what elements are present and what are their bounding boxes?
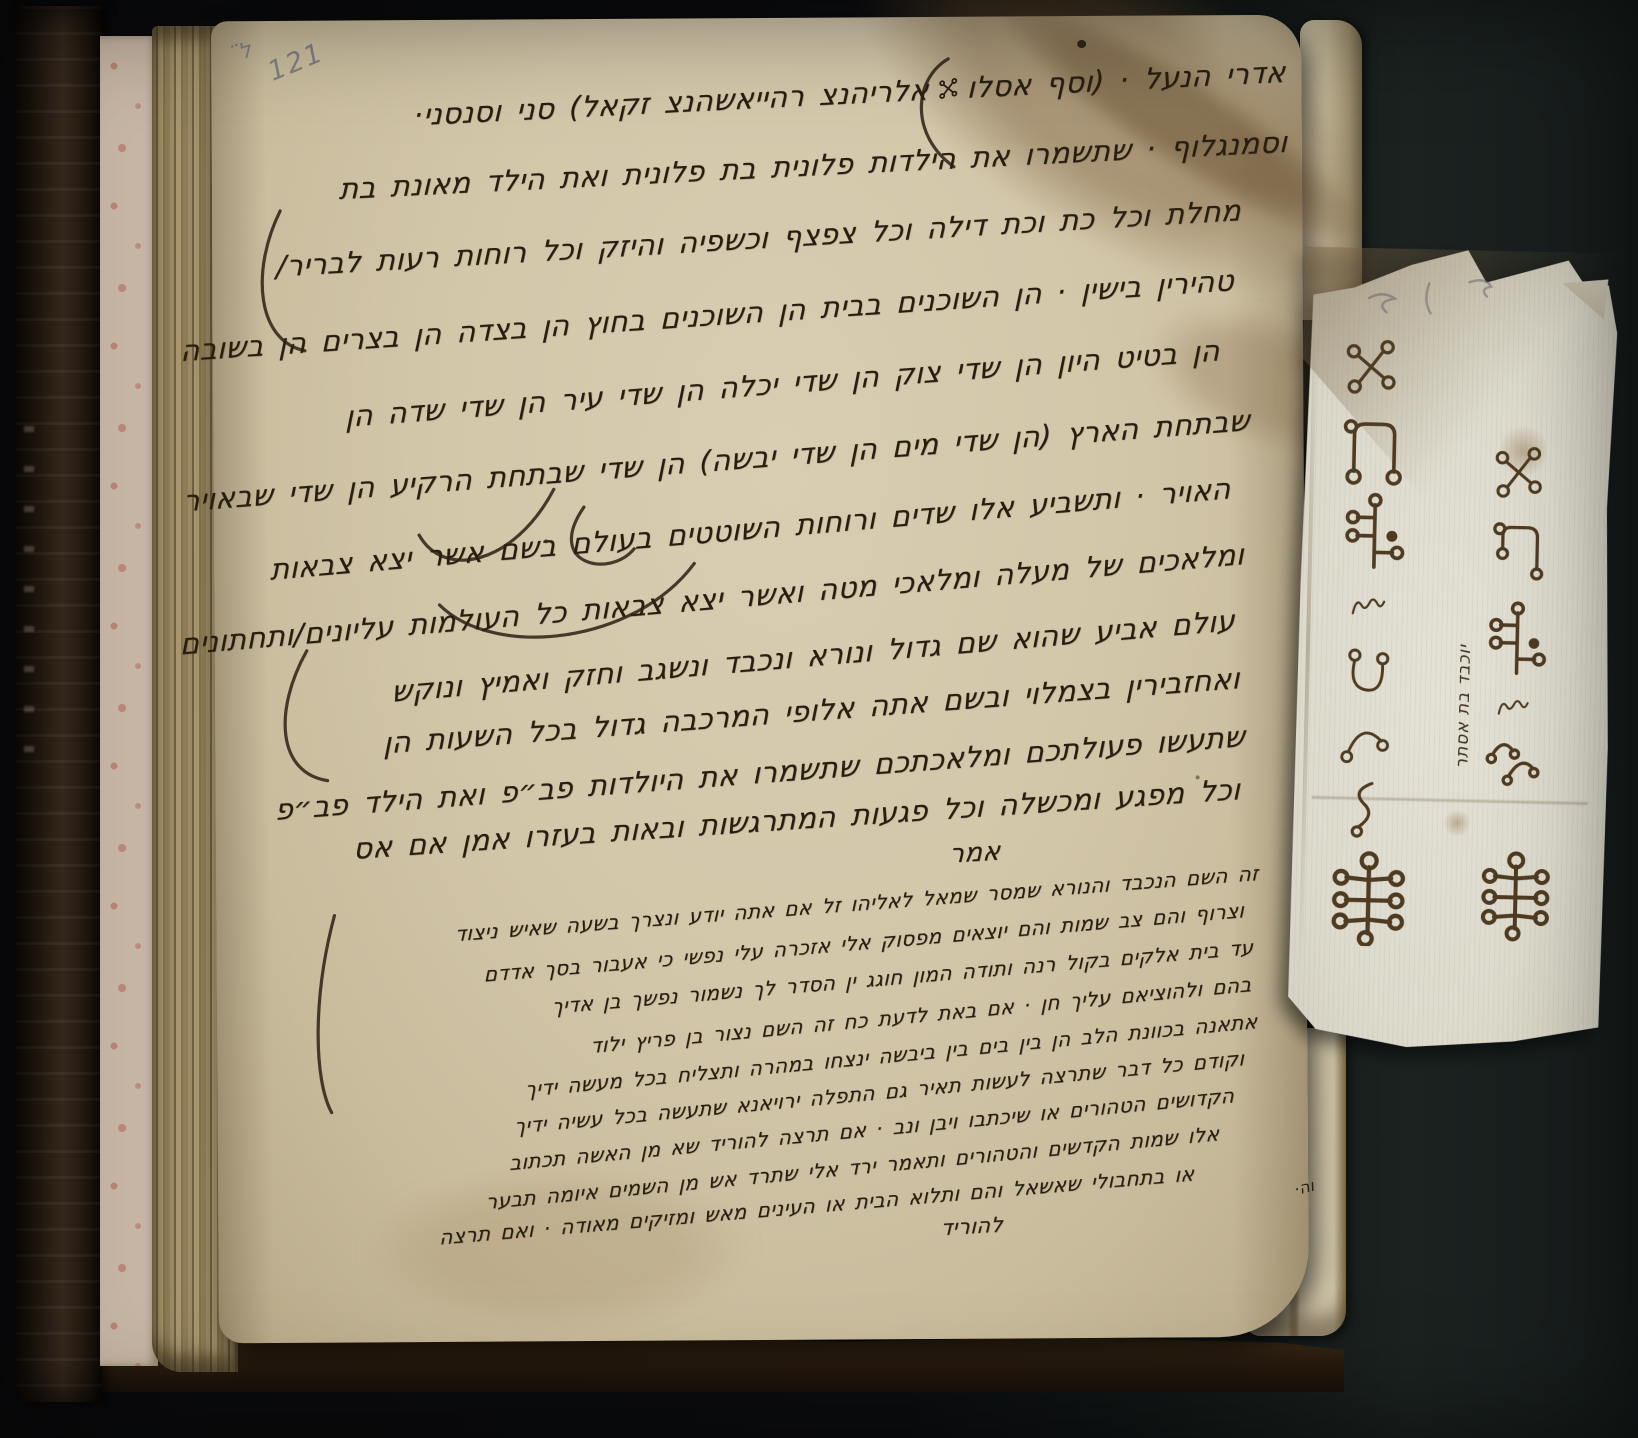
text-line-3: מחלת וכל כת וכת דילה וכל צפצף וכשפיה והי… bbox=[276, 193, 1242, 284]
sigil-ladder-rings bbox=[1485, 599, 1549, 682]
sigil-arc-rings bbox=[1331, 707, 1398, 772]
sigil-m-curl bbox=[1334, 577, 1401, 628]
sigil-tree-ladder bbox=[1329, 849, 1407, 947]
text-line-1b: אלריהנצ רהייאשהנצ זקאל) סני וסנסני· bbox=[413, 73, 930, 133]
manuscript-photo: וה· ל̈ 121 אדרי הנעל · (וסף אסלואלריהנצ … bbox=[0, 0, 1638, 1438]
ink-blot bbox=[1077, 40, 1086, 48]
sigil-ladder-rings bbox=[1342, 487, 1408, 578]
inline-knot-sigil-icon bbox=[934, 76, 961, 103]
catchword: להוריד bbox=[940, 1213, 1003, 1241]
text-line-1: אדרי הנעל · (וסף אסלואלריהנצ רהייאשהנצ ז… bbox=[413, 55, 1286, 133]
sigil-x-knot bbox=[1335, 333, 1405, 407]
folio-number-pencil: 121 bbox=[263, 37, 328, 88]
text-line-2: וסמנגלוף · שתשמרו את הילדות פלונית בת פל… bbox=[339, 125, 1289, 206]
flourish-left-small-block bbox=[317, 916, 335, 1113]
spine-highlight bbox=[24, 426, 34, 786]
sigil-x-knot bbox=[1485, 441, 1551, 510]
sigil-tree-ladder bbox=[1479, 849, 1551, 943]
sigil-m-curl bbox=[1480, 681, 1545, 728]
pencil-scribble bbox=[1358, 268, 1539, 324]
text-line-1a: אדרי הנעל · (וסף אסלו bbox=[966, 55, 1286, 105]
speckled-endpaper-edge bbox=[100, 36, 158, 1366]
sigil-n-hook-rings bbox=[1486, 509, 1552, 584]
amen-word: אמר bbox=[948, 837, 1001, 870]
quire-mark-pencil: ל̈ bbox=[236, 38, 256, 66]
book-spine-cover bbox=[16, 6, 102, 1402]
amulet-slip: יוכבד בת אסתר bbox=[1287, 247, 1619, 1052]
sigil-double-arc-rings bbox=[1481, 729, 1547, 804]
flourish-left-line10 bbox=[285, 651, 328, 781]
manuscript-page: ל̈ 121 אדרי הנעל · (וסף אסלואלריהנצ רהיי… bbox=[211, 15, 1309, 1344]
sigil-pi-rings bbox=[1338, 403, 1406, 486]
sigil-s-curl bbox=[1336, 773, 1394, 844]
sigil-u-rings bbox=[1337, 639, 1400, 706]
